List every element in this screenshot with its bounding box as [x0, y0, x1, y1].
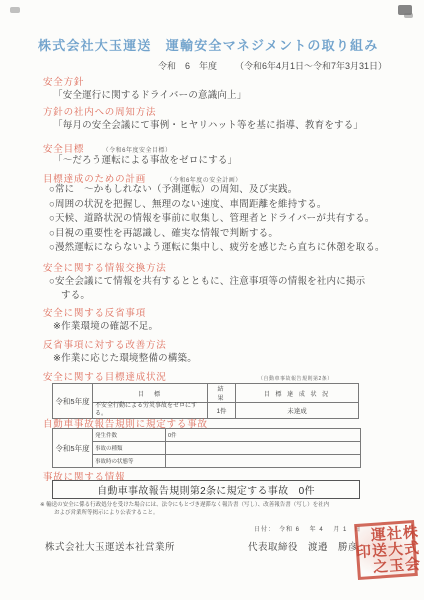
- reflection-text: ※作業環境の確認不足。: [53, 318, 158, 332]
- row-value: [166, 455, 361, 468]
- cell-result: 1件: [208, 403, 236, 419]
- heading-info-exchange: 安全に関する情報交換方法: [43, 260, 167, 274]
- row-label: 事故の種類: [93, 442, 166, 455]
- scan-artifact-top-left: [10, 7, 20, 13]
- col-status: 目 標 達 成 状 況: [236, 384, 359, 403]
- cell-status: 未達成: [236, 403, 359, 419]
- heading-improvement: 反省事項に対する改善方法: [43, 337, 167, 351]
- cell-year: 令和5年度: [53, 429, 93, 468]
- col-result: 結 果: [208, 384, 236, 403]
- info-exchange-line2: する。: [61, 287, 90, 301]
- legal-note-line1: ※ 輸送の安全に係る行政処分を受けた場合には、法令にもとづき遅滞なく報告書（写し…: [40, 502, 329, 510]
- table-row: 令和5年度 発生件数 0件: [53, 429, 361, 442]
- date-line: 日付： 令和 6 年 4 月 1 日: [254, 524, 361, 533]
- safety-target-text: 「～だろう運転による事故をゼロにする」: [53, 152, 237, 166]
- col-goal: 目 標: [93, 384, 208, 403]
- plan-item: ○目視の重要性を再認識し、確実な情報で判断する。: [49, 227, 385, 242]
- row-value: 0件: [166, 429, 361, 442]
- row-label: 発生件数: [93, 429, 166, 442]
- heading-reflection: 安全に関する反省事項: [43, 305, 146, 319]
- table-row: 事故の種類: [53, 442, 361, 455]
- legal-note-line2: および営業所等掲示により公表すること。: [40, 510, 329, 518]
- row-label: 事故時の状態等: [93, 455, 166, 468]
- legal-note: ※ 輸送の安全に係る行政処分を受けた場合には、法令にもとづき遅滞なく報告書（写し…: [40, 502, 329, 517]
- dissemination-text: 「毎月の安全会議にて事例・ヒヤリハット等を基に指導、教育をする」: [53, 117, 363, 131]
- row-value: [166, 442, 361, 455]
- office-name: 株式会社大玉運送本社営業所: [45, 539, 175, 553]
- achievement-table: 令和5年度 目 標 結 果 目 標 達 成 状 況 不安全行動による労災事故をゼ…: [52, 383, 358, 419]
- fiscal-year-line: 令和 6 年度（令和6年4月1日～令和7年3月31日）: [158, 59, 387, 72]
- heading-safety-policy: 安全方針: [43, 74, 84, 88]
- cell-year: 令和5年度: [53, 384, 93, 419]
- scanned-document-page: 株式会社大玉運送 運輸安全マネジメントの取り組み 令和 6 年度（令和6年4月1…: [0, 0, 424, 600]
- fiscal-period: （令和6年4月1日～令和7年3月31日）: [235, 61, 387, 71]
- plan-item-list: ○常に ～かもしれない（予測運転）の周知、及び実践。 ○周囲の状況を把握し、無理…: [49, 183, 385, 256]
- fiscal-year: 令和 6 年度: [158, 61, 217, 71]
- company-seal-text: 株式会社大玉運送之印: [352, 523, 419, 577]
- plan-item: ○天候、道路状況の情報を事前に収集し、管理者とドライバーが共有する。: [49, 212, 385, 227]
- improvement-text: ※作業に応じた環境整備の構築。: [53, 350, 197, 364]
- heading-achievement: 安全に関する目標達成状況: [43, 369, 167, 383]
- info-exchange-line1: ○安全会議にて情報を共有するとともに、注意事項等の情報を社内に掲示: [49, 273, 365, 287]
- plan-item: ○周囲の状況を把握し、無理のない速度、車間距離を維持する。: [49, 198, 385, 213]
- page-title: 株式会社大玉運送 運輸安全マネジメントの取り組み: [38, 35, 378, 54]
- scan-artifact-top-right-2: [404, 13, 413, 18]
- company-seal-stamp: 株式会社大玉運送之印: [354, 520, 418, 580]
- accident-info-box: 自動車事故報告規則第2条に規定する事故 0件: [52, 480, 360, 499]
- plan-item: ○漫然運転にならないよう運転に集中し、疲労を感じたら直ちに休憩を取る。: [49, 241, 385, 256]
- achievement-note: （自動車事故報告規則第2条）: [258, 375, 333, 382]
- achievement-header-row: 令和5年度 目 標 結 果 目 標 達 成 状 況: [53, 384, 359, 403]
- representative-name: 代表取締役 渡邉 勝彦: [248, 539, 358, 553]
- table-row: 事故時の状態等: [53, 455, 361, 468]
- heading-dissemination: 方針の社内への周知方法: [43, 104, 156, 118]
- accidents-table: 令和5年度 発生件数 0件 事故の種類 事故時の状態等: [52, 428, 360, 468]
- plan-item: ○常に ～かもしれない（予測運転）の周知、及び実践。: [49, 183, 385, 198]
- safety-policy-text: 「安全運行に関するドライバーの意識向上」: [53, 87, 247, 101]
